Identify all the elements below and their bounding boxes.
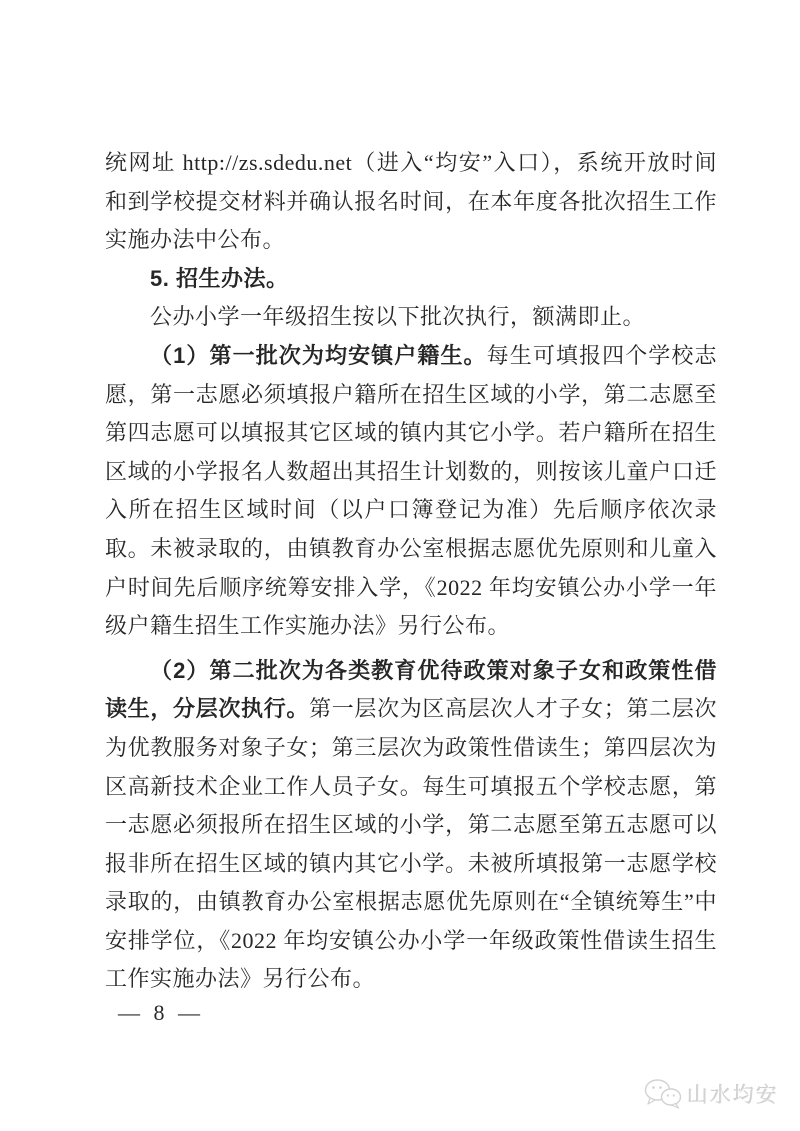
text-segment: 每生可填报四个学校志愿，第一志愿必须填报户籍所在招生区域的小学，第二志愿至第四志… <box>105 343 717 638</box>
paragraph: 5. 招生办法。 <box>105 260 717 299</box>
text-segment: 统网址 http://zs.sdedu.net（进入“均安”入口），系统开放时间… <box>105 150 717 252</box>
watermark-label: 山水均安 <box>687 1079 779 1109</box>
paragraph: 统网址 http://zs.sdedu.net（进入“均安”入口），系统开放时间… <box>105 144 717 260</box>
paragraph: （2）第二批次为各类教育优待政策对象子女和政策性借读生，分层次执行。第一层次为区… <box>105 652 717 999</box>
watermark: 山水均安 <box>644 1078 779 1110</box>
document-body: 统网址 http://zs.sdedu.net（进入“均安”入口），系统开放时间… <box>105 144 717 999</box>
page-number: — 8 — <box>118 1000 204 1026</box>
text-segment: （1）第一批次为均安镇户籍生。 <box>150 343 487 368</box>
paragraph: （1）第一批次为均安镇户籍生。每生可填报四个学校志愿，第一志愿必须填报户籍所在招… <box>105 337 717 646</box>
text-segment: 公办小学一年级招生按以下批次执行，额满即止。 <box>150 304 645 329</box>
text-segment: 第一层次为区高层次人才子女；第二层次为优教服务对象子女；第三层次为政策性借读生；… <box>105 696 717 991</box>
paragraph: 公办小学一年级招生按以下批次执行，额满即止。 <box>105 298 717 337</box>
wechat-icon <box>644 1078 682 1110</box>
text-segment: 5. 招生办法。 <box>150 266 288 291</box>
